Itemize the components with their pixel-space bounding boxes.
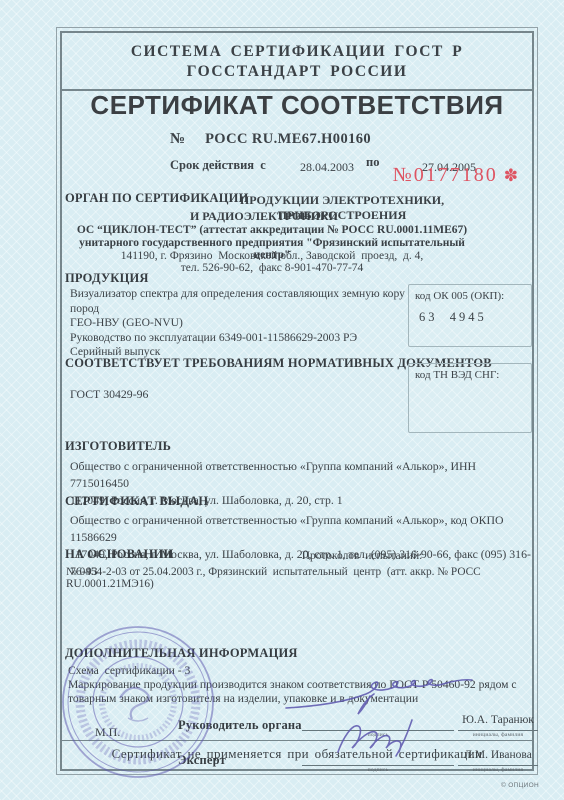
serial-value: №0177180 [393, 164, 498, 186]
certificate-number-row: № РОСС RU.ME67.H00160 [170, 130, 371, 148]
additional-line1: Схема сертификации - 3 [68, 664, 190, 677]
okp-code-label: код ОК 005 (ОКП): [415, 290, 525, 302]
okp-code-value: 63 4945 [415, 310, 525, 325]
document-frame-inner: СИСТЕМА СЕРТИФИКАЦИИ ГОСТ Р ГОССТАНДАРТ … [60, 31, 534, 771]
certificate-number: РОСС RU.ME67.H00160 [205, 131, 371, 147]
system-line-2: ГОССТАНДАРТ РОССИИ [62, 62, 532, 82]
production-line: ГЕО-НВУ (GEO-NVU) [70, 316, 405, 331]
tnved-code-box: код ТН ВЭД СНГ: [408, 363, 532, 433]
document-frame: СИСТЕМА СЕРТИФИКАЦИИ ГОСТ Р ГОССТАНДАРТ … [56, 27, 538, 775]
issued-section-label: СЕРТИФИКАТ ВЫДАН [65, 494, 208, 509]
organ-address: 141190, г. Фрязино Московской обл., Заво… [62, 250, 482, 262]
basis-sublabel: Протоколов испытаний: [267, 550, 457, 562]
voluntary-certification-note: Сертификат не применяется при обязательн… [62, 740, 532, 768]
production-description: Визуализатор спектра для определения сос… [70, 287, 405, 360]
head-name-cell: Ю.А. Таранюк инициалы, фамилия [458, 714, 538, 738]
asterisk-mark-icon: ✽ [504, 166, 518, 185]
number-sign: № [170, 131, 185, 147]
production-section-label: ПРОДУКЦИЯ [65, 271, 149, 286]
print-house-credit: © ОПЦИОН [501, 782, 539, 789]
organ-name-line2: И РАДИОЭЛЕКТРОНИКИ [62, 209, 466, 224]
blank-serial-number: №0177180✽ [393, 164, 518, 187]
head-of-organ-label: Руководитель органа [178, 718, 302, 733]
certificate-page: { "meta": { "bg_color": "#d9edf3", "fram… [0, 0, 564, 800]
manufacturer-line: Общество с ограниченной ответственностью… [70, 458, 532, 492]
manufacturer-section-label: ИЗГОТОВИТЕЛЬ [65, 439, 171, 454]
organ-accreditation: ОС “ЦИКЛОН-ТЕСТ” (аттестат аккредитации … [62, 224, 482, 236]
valid-from-date: 28.04.2003 [300, 160, 354, 175]
head-signature-line [302, 714, 454, 731]
masthead: СИСТЕМА СЕРТИФИКАЦИИ ГОСТ Р ГОССТАНДАРТ … [62, 33, 532, 91]
tnved-code-label: код ТН ВЭД СНГ: [415, 369, 525, 381]
stamp-place-label: М.П. [95, 725, 120, 740]
basis-section-label: НА ОСНОВАНИИ [65, 547, 173, 562]
valid-to-label: по [366, 155, 379, 170]
additional-section-label: ДОПОЛНИТЕЛЬНАЯ ИНФОРМАЦИЯ [65, 646, 298, 661]
additional-line3: товарным знаком изготовителя на изделии,… [68, 692, 532, 705]
basis-protocols: № 0454-2-03 от 25.04.2003 г., Фрязинский… [66, 566, 534, 590]
signature-caption: подпись [302, 731, 454, 738]
production-line: Руководство по эксплуатации 6349-001-115… [70, 331, 405, 346]
production-line: Визуализатор спектра для определения сос… [70, 287, 405, 316]
validity-label: Срок действия с [170, 158, 266, 173]
okp-code-box: код ОК 005 (ОКП): 63 4945 [408, 284, 532, 347]
head-signature-cell: подпись [302, 714, 454, 738]
head-name: Ю.А. Таранюк [458, 714, 538, 731]
issued-line: Общество с ограниченной ответственностью… [70, 512, 536, 546]
standard-reference: ГОСТ 30429-96 [70, 386, 148, 403]
certificate-title: СЕРТИФИКАТ СООТВЕТСТВИЯ [62, 90, 532, 121]
name-caption: инициалы, фамилия [458, 731, 538, 738]
additional-line2: Маркирование продукции производится знак… [68, 678, 532, 691]
system-line-1: СИСТЕМА СЕРТИФИКАЦИИ ГОСТ Р [62, 42, 532, 62]
